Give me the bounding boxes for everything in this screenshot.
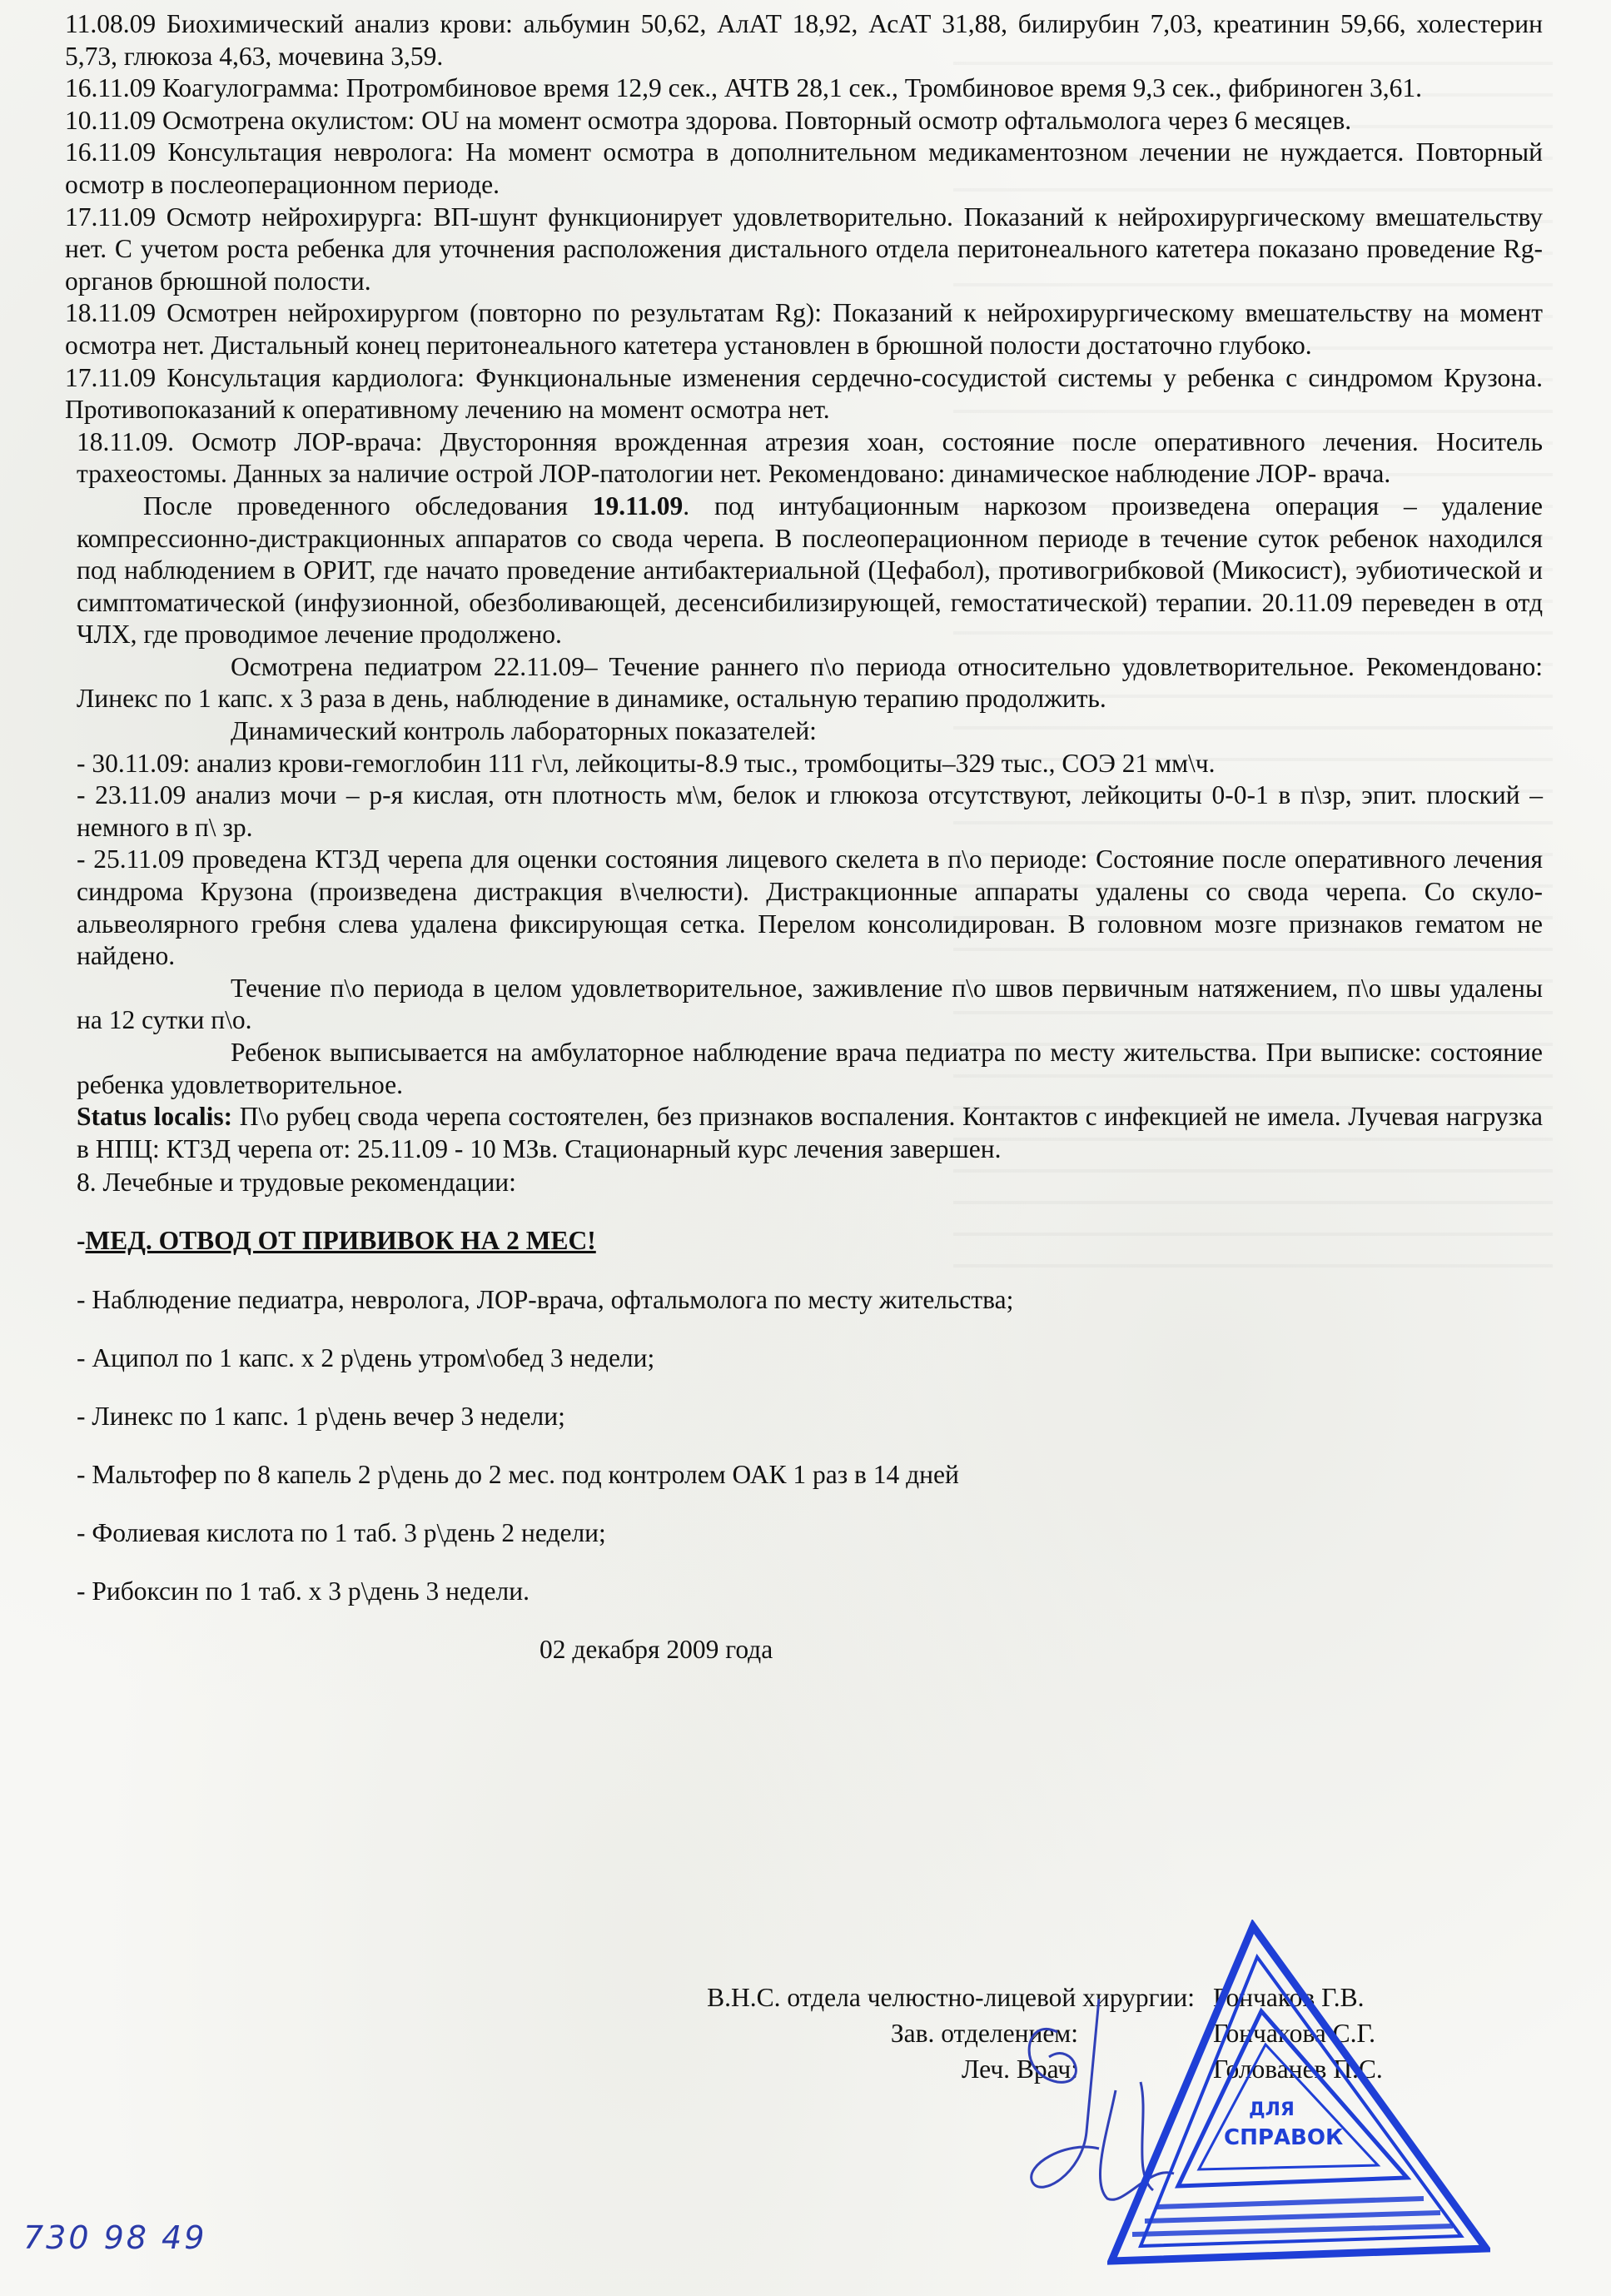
lab-ct-line: - 25.11.09 проведена КТ3Д черепа для оце… [77, 844, 1543, 972]
recommendation-item: - Мальтофер по 8 капель 2 р\день до 2 ме… [77, 1459, 1543, 1492]
vaccination-warning: -МЕД. ОТВОД ОТ ПРИВИВОК НА 2 МЕС! [77, 1225, 1543, 1258]
recommendations-heading: 8. Лечебные и трудовые рекомендации: [77, 1167, 1543, 1199]
operation-paragraph: После проведенного обследования 19.11.09… [77, 491, 1543, 651]
handwritten-phone-number: 730 98 49 [23, 2219, 206, 2256]
recommendation-item: - Линекс по 1 капс. 1 р\день вечер 3 нед… [77, 1401, 1543, 1433]
neurosurgeon-paragraph-1: 17.11.09 Осмотр нейрохирурга: ВП-шунт фу… [65, 202, 1543, 298]
recommendation-item: - Рибоксин по 1 таб. х 3 р\день 3 недели… [77, 1576, 1543, 1608]
coagulogram-paragraph: 16.11.09 Коагулограмма: Протромбиновое в… [65, 72, 1543, 105]
operation-date: 19.11.09 [593, 491, 684, 520]
status-localis-label: Status localis: [77, 1102, 232, 1131]
status-localis-paragraph: Status localis: П\о рубец свода черепа с… [77, 1101, 1543, 1165]
discharge-paragraph: Ребенок выписывается на амбулаторное наб… [77, 1037, 1543, 1101]
discharge-summary-page: 11.08.09 Биохимический анализ крови: аль… [65, 8, 1543, 1692]
recommendation-item: - Наблюдение педиатра, невролога, ЛОР-вр… [77, 1284, 1543, 1317]
postop-course-paragraph: Течение п\о периода в целом удовлетворит… [77, 973, 1543, 1037]
neurologist-paragraph: 16.11.09 Консультация невролога: На моме… [65, 137, 1543, 201]
svg-text:СПРАВОК: СПРАВОК [1224, 2125, 1343, 2150]
lab-heading: Динамический контроль лабораторных показ… [77, 715, 1543, 748]
ent-paragraph: 18.11.09. Осмотр ЛОР-врача: Двусторонняя… [77, 426, 1543, 491]
recommendation-item: - Аципол по 1 капс. х 2 р\день утром\обе… [77, 1342, 1543, 1375]
warning-text: МЕД. ОТВОД ОТ ПРИВИВОК НА 2 МЕС! [86, 1226, 596, 1255]
pediatrician-paragraph: Осмотрена педиатром 22.11.09– Течение ра… [77, 651, 1543, 715]
recommendations-list: - Наблюдение педиатра, невролога, ЛОР-вр… [65, 1284, 1543, 1608]
recommendation-item: - Фолиевая кислота по 1 таб. 3 р\день 2 … [77, 1517, 1543, 1550]
svg-text:ДЛЯ: ДЛЯ [1249, 2099, 1295, 2120]
cardiologist-paragraph: 17.11.09 Консультация кардиолога: Функци… [65, 362, 1543, 426]
lab-urine-line: - 23.11.09 анализ мочи – р-я кислая, отн… [77, 779, 1543, 844]
neurosurgeon-paragraph-2: 18.11.09 Осмотрен нейрохирургом (повторн… [65, 297, 1543, 361]
operation-pre-text: После проведенного обследования [143, 491, 593, 520]
document-date: 02 декабря 2009 года [539, 1634, 1543, 1666]
warning-dash: - [77, 1226, 86, 1255]
status-localis-text: П\о рубец свода черепа состоятелен, без … [77, 1102, 1543, 1163]
triangular-seal-stamp-icon: СПРАВОК ДЛЯ [1107, 1920, 1490, 2269]
lab-blood-line: - 30.11.09: анализ крови-гемоглобин 111 … [77, 748, 1543, 780]
biochem-paragraph: 11.08.09 Биохимический анализ крови: аль… [65, 8, 1543, 72]
ophthalmologist-paragraph: 10.11.09 Осмотрена окулистом: OU на моме… [65, 105, 1543, 137]
